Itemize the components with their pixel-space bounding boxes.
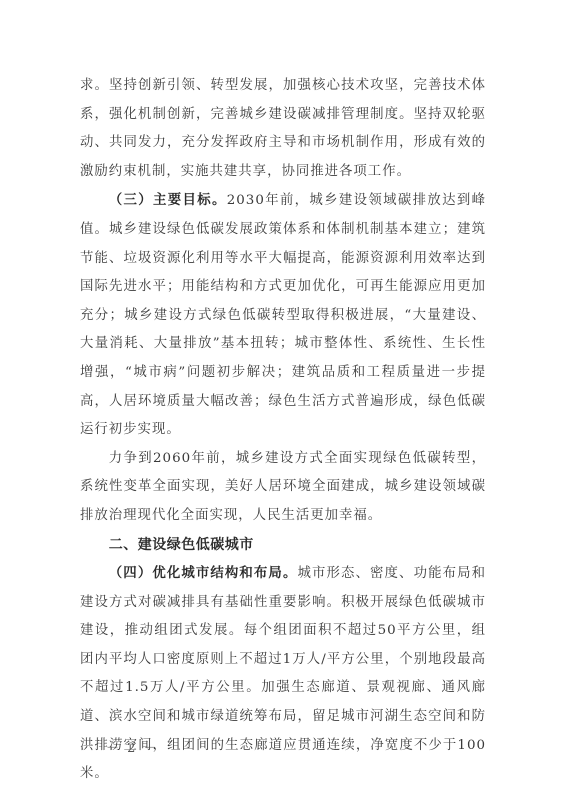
paragraph-main-goals: （三）主要目标。2030年前，城乡建设领域碳排放达到峰值。城乡建设绿色低碳发展政…	[80, 186, 486, 444]
paragraph-principles-continued: 求。坚持创新引领、转型发展，加强核心技术攻坚，完善技术体系，强化机制创新，完善城…	[80, 72, 486, 186]
document-page: 求。坚持创新引领、转型发展，加强核心技术攻坚，完善技术体系，强化机制创新，完善城…	[0, 0, 566, 800]
section-lead-optimize-city-structure: （四）优化城市结构和布局。	[109, 565, 298, 581]
section-lead-main-goals: （三）主要目标。	[109, 192, 227, 208]
section-heading-green-low-carbon-city: 二、建设绿色低碳城市	[80, 531, 486, 560]
page-number: － 2 －	[106, 737, 159, 756]
document-body: 求。坚持创新引领、转型发展，加强核心技术攻坚，完善技术体系，强化机制创新，完善城…	[80, 72, 486, 789]
paragraph-2060-goal: 力争到2060年前，城乡建设方式全面实现绿色低碳转型，系统性变革全面实现，美好人…	[80, 445, 486, 531]
paragraph-main-goals-text: 2030年前，城乡建设领域碳排放达到峰值。城乡建设绿色低碳发展政策体系和体制机制…	[80, 193, 486, 437]
